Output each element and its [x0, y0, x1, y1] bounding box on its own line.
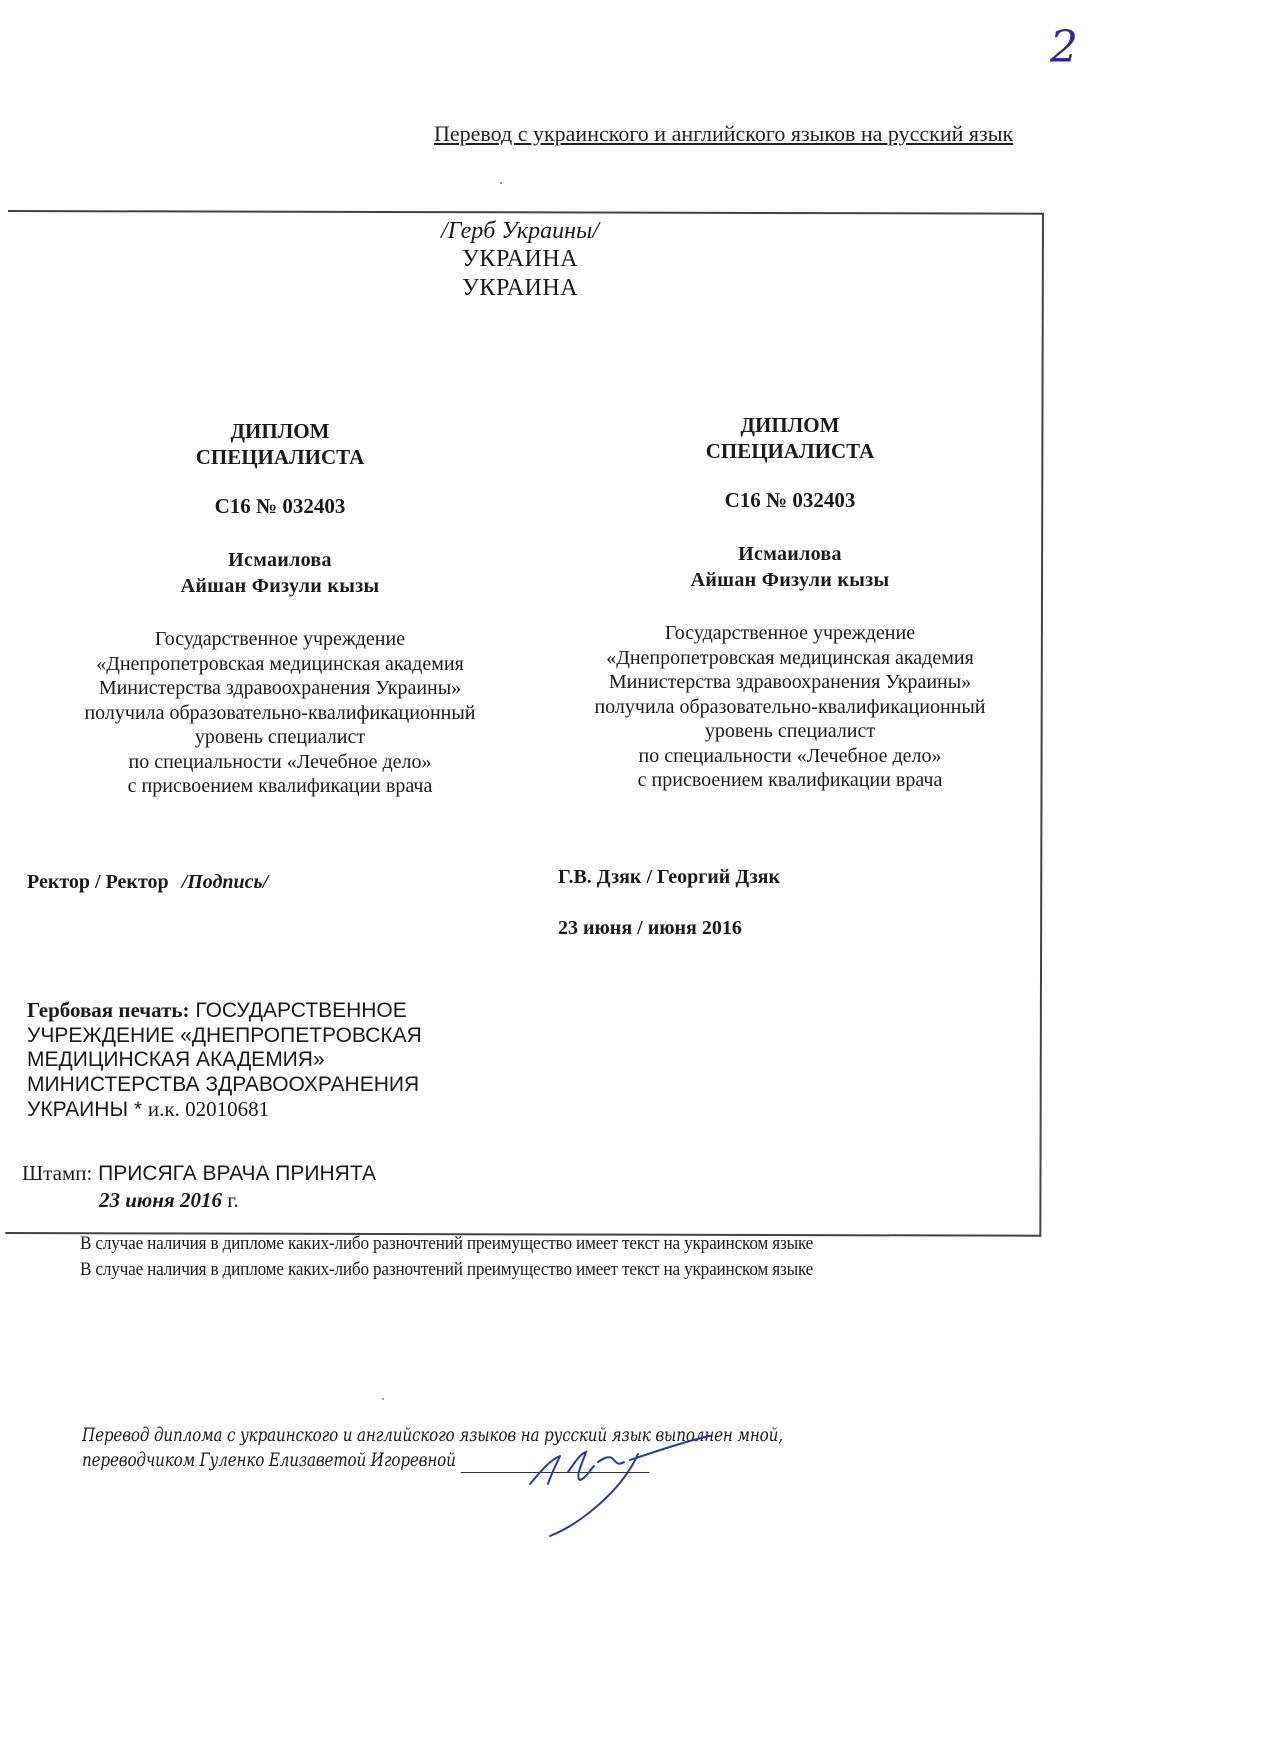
translation-header-note: Перевод с украинского и английского язык…	[434, 121, 1013, 147]
holder-given-names: Айшан Физули кызы	[20, 573, 540, 599]
handwritten-page-number: 2	[1050, 22, 1078, 73]
oath-stamp: Штамп: ПРИСЯГА ВРАЧА ПРИНЯТА 23 июня 201…	[22, 1160, 376, 1213]
seal-text: УКРАИНЫ *	[27, 1098, 142, 1121]
country-name: УКРАИНА	[0, 245, 1040, 274]
diploma-body-text: Государственное учреждение «Днепропетров…	[530, 621, 1050, 793]
body-line: Государственное учреждение	[530, 621, 1050, 646]
diploma-subtitle: СПЕЦИАЛИСТА	[530, 438, 1050, 464]
body-line: Министерства здравоохранения Украины»	[20, 676, 540, 701]
signature-placeholder: /Подпись/	[182, 871, 269, 893]
seal-text: МЕДИЦИНСКАЯ АКАДЕМИЯ»	[27, 1048, 325, 1071]
holder-given-names: Айшан Физули кызы	[530, 567, 1050, 593]
seal-text: ГОСУДАРСТВЕННОЕ	[195, 999, 406, 1022]
body-line: получила образовательно-квалификационный	[20, 701, 540, 726]
stamp-text: ПРИСЯГА ВРАЧА ПРИНЯТА	[98, 1162, 376, 1185]
seal-text: УЧРЕЖДЕНИЕ «ДНЕПРОПЕТРОВСКАЯ	[27, 1024, 422, 1047]
language-disclaimer: В случае наличия в дипломе каких-либо ра…	[80, 1234, 813, 1255]
body-line: Государственное учреждение	[20, 627, 540, 652]
language-disclaimer: В случае наличия в дипломе каких-либо ра…	[80, 1260, 813, 1281]
rector-name: Г.В. Дзяк / Георгий Дзяк	[558, 866, 780, 889]
body-line: по специальности «Лечебное дело»	[20, 750, 540, 775]
diploma-column-left: ДИПЛОМ СПЕЦИАЛИСТА С16 № 032403 Исмаилов…	[20, 418, 540, 799]
holder-surname: Исмаилова	[20, 547, 540, 573]
body-line: «Днепропетровская медицинская академия	[20, 652, 540, 677]
issue-date: 23 июня / июня 2016	[558, 917, 742, 940]
diploma-body-text: Государственное учреждение «Днепропетров…	[20, 627, 540, 799]
body-line: Министерства здравоохранения Украины»	[530, 670, 1050, 695]
holder-surname: Исмаилова	[530, 541, 1050, 567]
stamp-date-suffix: г.	[227, 1188, 239, 1212]
stamp-date: 23 июня 2016	[99, 1188, 222, 1212]
body-line: по специальности «Лечебное дело»	[530, 744, 1050, 769]
body-line: уровень специалист	[20, 725, 540, 750]
official-seal-description: Гербовая печать: ГОСУДАРСТВЕННОЕ УЧРЕЖДЕ…	[27, 998, 487, 1123]
diploma-serial-number: С16 № 032403	[530, 488, 1050, 513]
seal-text: МИНИСТЕРСТВА ЗДРАВООХРАНЕНИЯ	[27, 1073, 419, 1096]
translator-signature-icon	[520, 1432, 720, 1542]
diploma-subtitle: СПЕЦИАЛИСТА	[20, 444, 540, 470]
seal-label: Гербовая печать:	[27, 998, 190, 1022]
stamp-label: Штамп:	[22, 1161, 92, 1185]
country-name: УКРАИНА	[0, 274, 1040, 303]
holder-name: Исмаилова Айшан Физули кызы	[20, 547, 540, 599]
rector-label: Ректор / Ректор	[27, 871, 169, 893]
diploma-title: ДИПЛОМ	[20, 418, 540, 444]
scan-artifact	[500, 182, 502, 184]
seal-code: и.к. 02010681	[148, 1097, 269, 1121]
diploma-serial-number: С16 № 032403	[20, 494, 540, 519]
diploma-column-right: ДИПЛОМ СПЕЦИАЛИСТА С16 № 032403 Исмаилов…	[530, 412, 1050, 793]
translator-name-text: переводчиком Гуленко Елизаветой Игоревно…	[82, 1450, 456, 1471]
scan-artifact	[382, 1398, 384, 1400]
diploma-title: ДИПЛОМ	[530, 412, 1050, 438]
holder-name: Исмаилова Айшан Физули кызы	[530, 541, 1050, 593]
body-line: получила образовательно-квалификационный	[530, 695, 1050, 720]
body-line: с присвоением квалификации врача	[530, 768, 1050, 793]
stamp-date-line: 23 июня 2016 г.	[99, 1187, 376, 1213]
body-line: «Днепропетровская медицинская академия	[530, 646, 1050, 671]
rector-signature-line: Ректор / Ректор /Подпись/	[27, 871, 268, 894]
body-line: с присвоением квалификации врача	[20, 774, 540, 799]
diploma-header: /Герб Украины/ УКРАИНА УКРАИНА	[0, 217, 1040, 303]
coat-of-arms-placeholder: /Герб Украины/	[0, 217, 1040, 245]
body-line: уровень специалист	[530, 719, 1050, 744]
